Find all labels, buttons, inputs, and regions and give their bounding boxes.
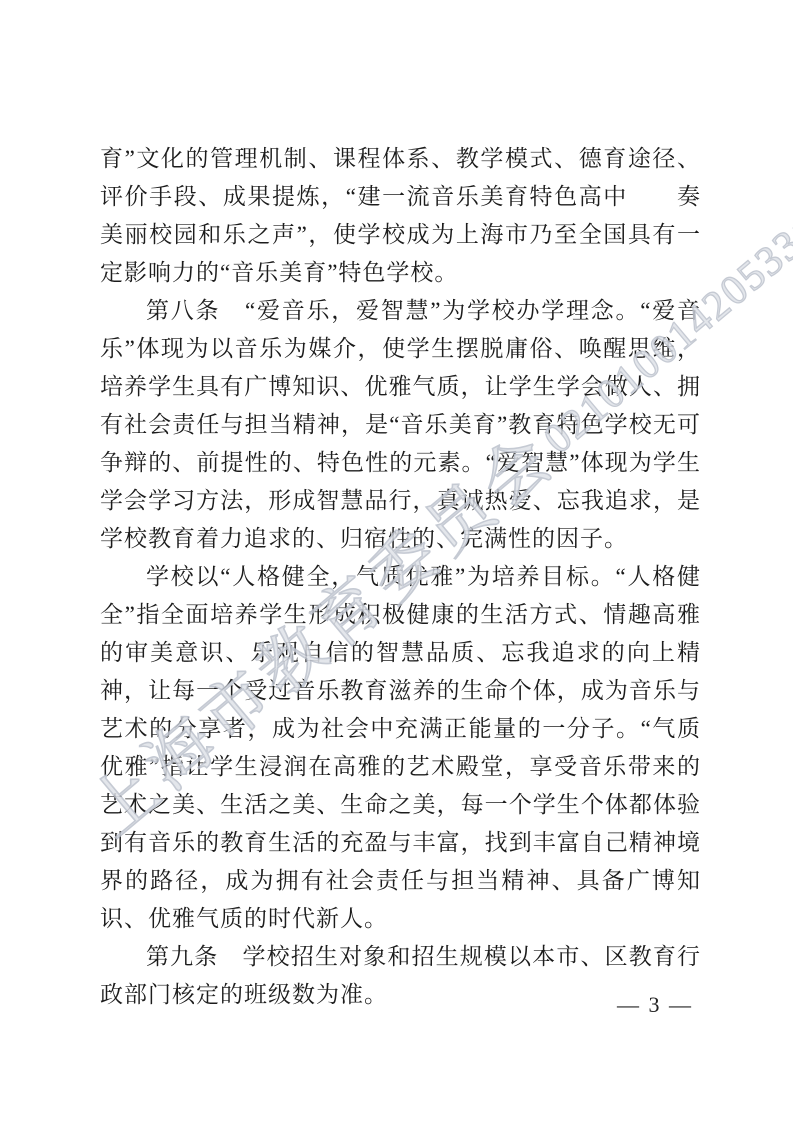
paragraph-article-8: 第八条 “爱音乐，爱智慧”为学校办学理念。“爱音乐”体现为以音乐为媒介，使学生摆… bbox=[100, 292, 701, 558]
paragraph-continuation: 育”文化的管理机制、课程体系、教学模式、德育途径、评价手段、成果提炼，“建一流音… bbox=[100, 140, 701, 292]
paragraph-article-9: 第九条 学校招生对象和招生规模以本市、区教育行政部门核定的班级数为准。 bbox=[100, 938, 701, 1014]
document-page: 上海市教育委员会 0210100142053319 2023.08.31 育”文… bbox=[0, 0, 793, 1122]
page-number: — 3 — bbox=[617, 992, 693, 1017]
paragraph-training-goal: 学校以“人格健全，气质优雅”为培养目标。“人格健全”指全面培养学生形成积极健康的… bbox=[100, 558, 701, 938]
document-body: 育”文化的管理机制、课程体系、教学模式、德育途径、评价手段、成果提炼，“建一流音… bbox=[100, 140, 701, 1014]
page-footer: — 3 — bbox=[617, 992, 693, 1018]
